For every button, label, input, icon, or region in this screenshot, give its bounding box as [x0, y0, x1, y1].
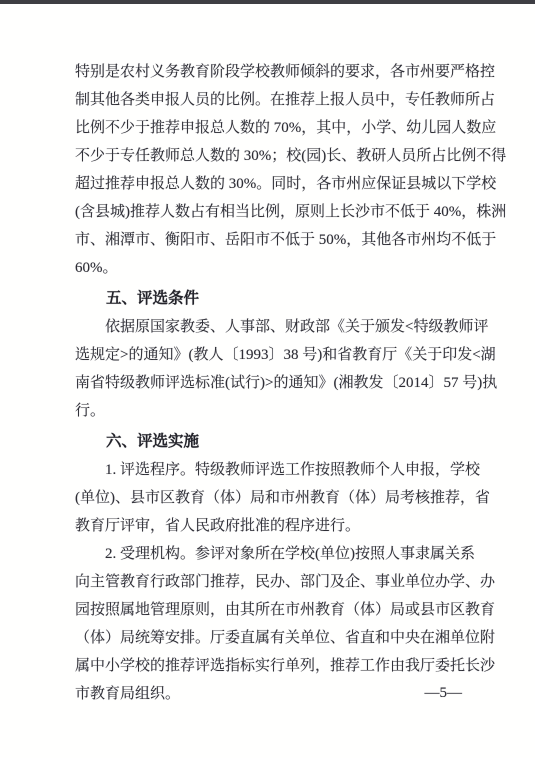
document-body: 特别是农村义务教育阶段学校教师倾斜的要求，各市州要严格控制其他各类申报人员的比例…	[75, 58, 462, 708]
text-line: 选规定>的通知》(教人〔1993〕38 号)和省教育厅《关于印发<湖	[75, 341, 462, 369]
text-line: 1. 评选程序。特级教师评选工作按照教师个人申报，学校	[75, 456, 462, 484]
text-line: 制其他各类申报人员的比例。在推荐上报人员中，专任教师所占	[75, 86, 462, 114]
text-line: 南省特级教师评选标准(试行)>的通知》(湘教发〔2014〕57 号)执	[75, 369, 462, 397]
text-line: 依据原国家教委、人事部、财政部《关于颁发<特级教师评	[75, 313, 462, 341]
text-line: 教育厅评审，省人民政府批准的程序进行。	[75, 512, 462, 540]
text-line: 属中小学校的推荐评选指标实行单列，推荐工作由我厅委托长沙	[75, 652, 462, 680]
text-line: 市教育局组织。	[75, 680, 462, 708]
text-line: 向主管教育行政部门推荐，民办、部门及企、事业单位办学、办	[75, 568, 462, 596]
section-heading: 六、评选实施	[75, 428, 462, 456]
text-line: 特别是农村义务教育阶段学校教师倾斜的要求，各市州要严格控	[75, 58, 462, 86]
section-heading: 五、评选条件	[75, 285, 462, 313]
scan-edge-strip	[0, 0, 535, 4]
text-line: (含县城)推荐人数占有相当比例，原则上长沙市不低于 40%，株洲	[75, 198, 462, 226]
text-line: (单位)、县市区教育（体）局和市州教育（体）局考核推荐，省	[75, 484, 462, 512]
text-line: 2. 受理机构。参评对象所在学校(单位)按照人事隶属关系	[75, 540, 462, 568]
text-line: 不少于专任教师总人数的 30%；校(园)长、教研人员所占比例不得	[75, 142, 462, 170]
text-line: 行。	[75, 397, 462, 425]
page-number: —5—	[425, 682, 463, 704]
text-line: 超过推荐申报总人数的 30%。同时，各市州应保证县城以下学校	[75, 170, 462, 198]
text-line: 比例不少于推荐申报总人数的 70%，其中，小学、幼儿园人数应	[75, 114, 462, 142]
document-page: 特别是农村义务教育阶段学校教师倾斜的要求，各市州要严格控制其他各类申报人员的比例…	[0, 0, 535, 758]
text-line: 市、湘潭市、衡阳市、岳阳市不低于 50%，其他各市州均不低于	[75, 226, 462, 254]
text-line: （体）局统筹安排。厅委直属有关单位、省直和中央在湘单位附	[75, 624, 462, 652]
text-line: 60%。	[75, 254, 462, 282]
text-line: 园按照属地管理原则，由其所在市州教育（体）局或县市区教育	[75, 596, 462, 624]
